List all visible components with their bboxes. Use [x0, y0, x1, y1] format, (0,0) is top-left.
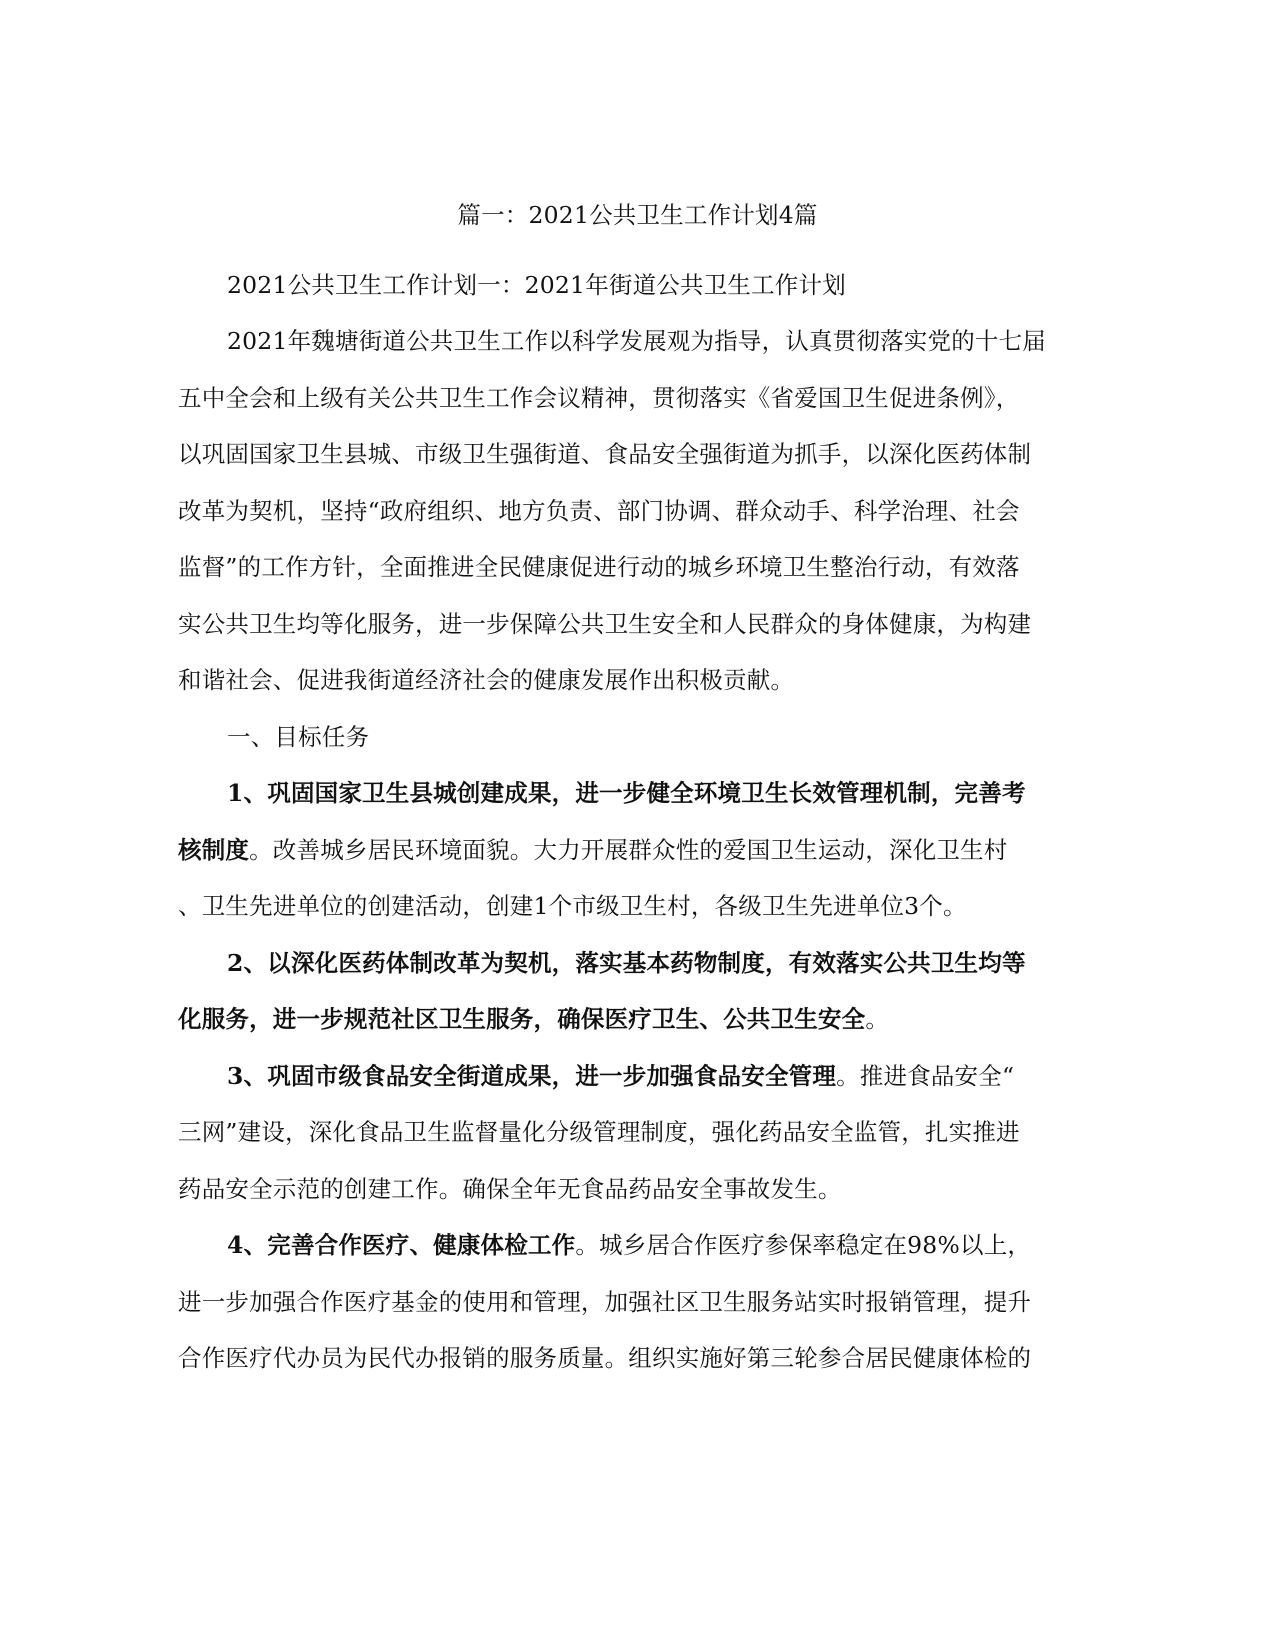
paragraph-line: 以巩固国家卫生县城、市级卫生强街道、食品安全强街道为抓手，以深化医药体制 — [178, 439, 1031, 469]
paragraph-line: 三网”建设，深化食品卫生监督量化分级管理制度，强化药品安全监管，扎实推进 — [178, 1117, 1020, 1147]
paragraph-line: 合作医疗代办员为民代办报销的服务质量。组织实施好第三轮参合居民健康体检的 — [178, 1343, 1031, 1373]
paragraph-line: 实公共卫生均等化服务，进一步保障公共卫生安全和人民群众的身体健康，为构建 — [178, 609, 1031, 639]
item-text: 。改善城乡居民环境面貌。大力开展群众性的爱国卫生运动，深化卫生村 — [249, 836, 1007, 864]
paragraph-line: 2021年魏塘街道公共卫生工作以科学发展观为指导，认真贯彻落实党的十七届 — [227, 326, 1046, 356]
paragraph-line: 核制度。改善城乡居民环境面貌。大力开展群众性的爱国卫生运动，深化卫生村 — [178, 835, 1008, 865]
paragraph-line: 化服务，进一步规范社区卫生服务，确保医疗卫生、公共卫生安全。 — [178, 1004, 889, 1034]
document-title: 篇一：2021公共卫生工作计划4篇 — [0, 200, 1275, 230]
paragraph-line: 、卫生先进单位的创建活动，创建1个市级卫生村，各级卫生先进单位3个。 — [178, 891, 967, 921]
item-heading: 3、巩固市级食品安全街道成果，进一步加强食品安全管理 — [227, 1062, 836, 1090]
item-text: 。 — [865, 1005, 889, 1033]
paragraph-line: 改革为契机，坚持“政府组织、地方负责、部门协调、群众动手、科学治理、社会 — [178, 496, 1020, 526]
item-text: 。推进食品安全“ — [836, 1062, 1014, 1090]
section-heading: 一、目标任务 — [227, 722, 369, 752]
item-heading: 1、巩固国家卫生县城创建成果，进一步健全环境卫生长效管理机制，完善考 — [227, 778, 1026, 808]
paragraph-line: 3、巩固市级食品安全街道成果，进一步加强食品安全管理。推进食品安全“ — [227, 1061, 1014, 1091]
item-heading-cont: 核制度 — [178, 836, 249, 864]
paragraph-line: 五中全会和上级有关公共卫生工作会议精神，贯彻落实《省爱国卫生促进条例》， — [178, 383, 1019, 413]
item-heading: 4、完善合作医疗、健康体检工作 — [227, 1231, 575, 1259]
item-heading: 2、以深化医药体制改革为契机，落实基本药物制度，有效落实公共卫生均等 — [227, 948, 1026, 978]
document-subtitle: 2021公共卫生工作计划一：2021年街道公共卫生工作计划 — [227, 270, 846, 300]
document-page: 篇一：2021公共卫生工作计划4篇 2021公共卫生工作计划一：2021年街道公… — [0, 0, 1275, 1650]
paragraph-line: 监督”的工作方针，全面推进全民健康促进行动的城乡环境卫生整治行动，有效落 — [178, 552, 1020, 582]
paragraph-line: 药品安全示范的创建工作。确保全年无食品药品安全事故发生。 — [178, 1174, 842, 1204]
item-heading-cont: 化服务，进一步规范社区卫生服务，确保医疗卫生、公共卫生安全 — [178, 1005, 865, 1033]
paragraph-line: 进一步加强合作医疗基金的使用和管理，加强社区卫生服务站实时报销管理，提升 — [178, 1287, 1031, 1317]
paragraph-line: 4、完善合作医疗、健康体检工作。城乡居合作医疗参保率稳定在98%以上， — [227, 1230, 1031, 1260]
paragraph-line: 和谐社会、促进我街道经济社会的健康发展作出积极贡献。 — [178, 665, 794, 695]
item-text: 。城乡居合作医疗参保率稳定在98%以上， — [575, 1231, 1031, 1259]
